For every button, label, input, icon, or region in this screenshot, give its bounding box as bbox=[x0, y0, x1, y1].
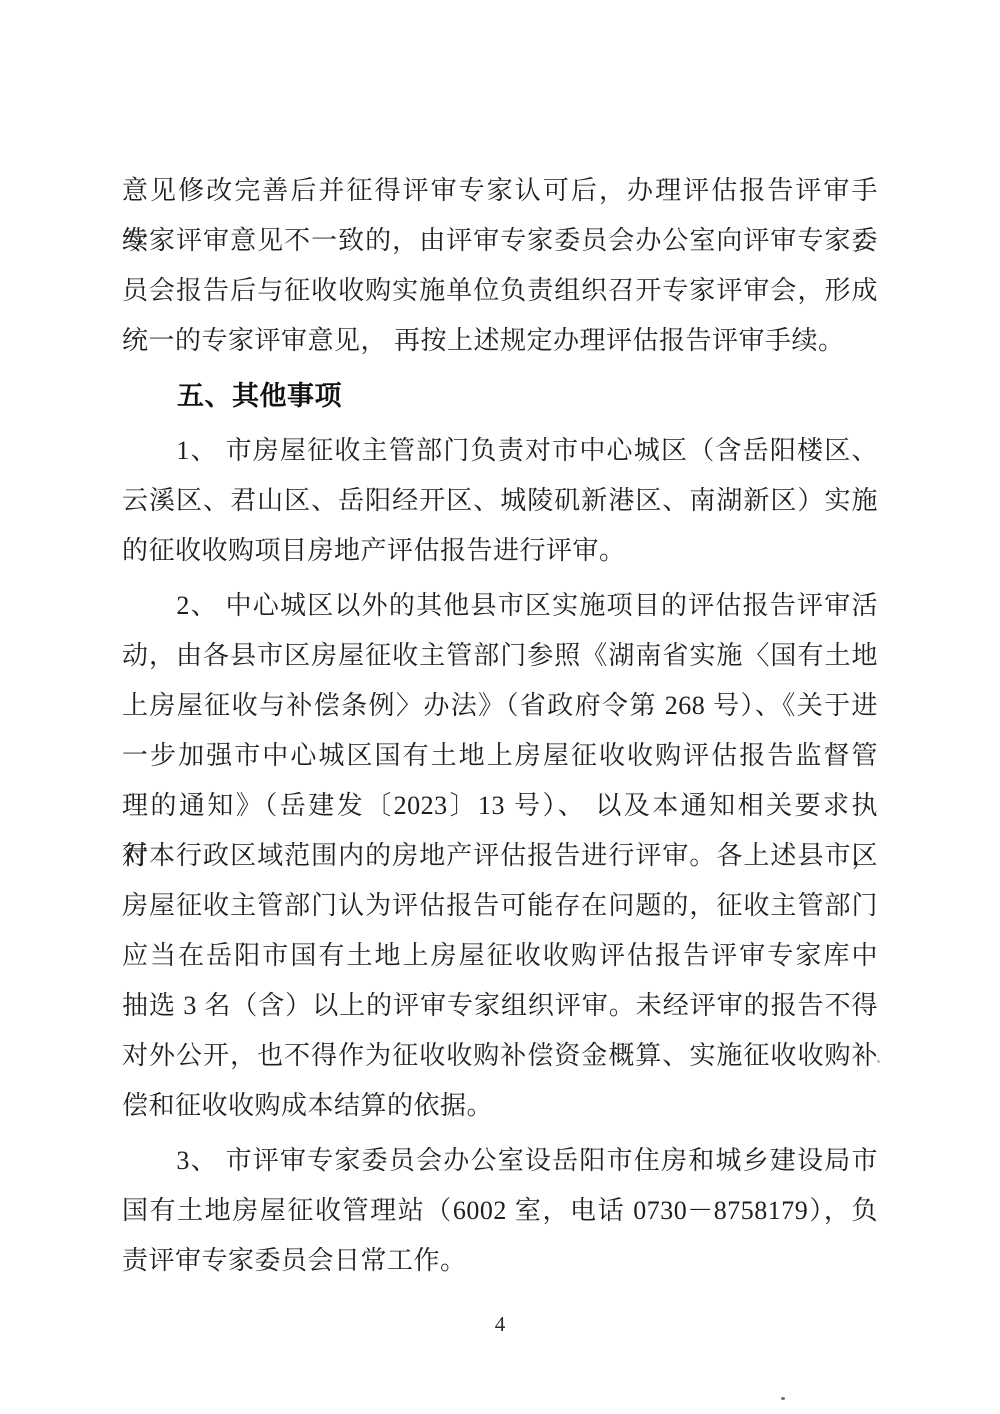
text-line: 应当在岳阳市国有土地上房屋征收收购评估报告评审专家库中 bbox=[122, 931, 878, 981]
paragraph: 2、 中心城区以外的其他县市区实施项目的评估报告评审活动，由各县市区房屋征收主管… bbox=[122, 581, 878, 1131]
page-number: 4 bbox=[0, 1312, 1000, 1337]
text-line: 员会报告后与征收收购实施单位负责组织召开专家评审会，形成 bbox=[122, 266, 878, 316]
section-heading: 五、其他事项 bbox=[122, 371, 878, 421]
paragraph: 1、 市房屋征收主管部门负责对市中心城区（含岳阳楼区、云溪区、君山区、岳阳经开区… bbox=[122, 426, 878, 576]
text-line: 房屋征收主管部门认为评估报告可能存在问题的，征收主管部门 bbox=[122, 881, 878, 931]
paragraph: 3、 市评审专家委员会办公室设岳阳市住房和城乡建设局市国有土地房屋征收管理站（6… bbox=[122, 1136, 878, 1286]
text-line: 对本行政区域范围内的房地产评估报告进行评审。各上述县市区 bbox=[122, 831, 878, 881]
text-line: 云溪区、君山区、岳阳经开区、城陵矶新港区、南湖新区）实施 bbox=[122, 476, 878, 526]
text-line: 抽选 3 名（含）以上的评审专家组织评审。未经评审的报告不得 bbox=[122, 981, 878, 1031]
text-line: 专家评审意见不一致的，由评审专家委员会办公室向评审专家委 bbox=[122, 216, 878, 266]
text-line: 理的通知》（岳建发〔2023〕13 号）、 以及本通知相关要求执行， bbox=[122, 781, 878, 831]
text-line: 上房屋征收与补偿条例〉办法》（省政府令第 268 号）、《关于进 bbox=[122, 681, 878, 731]
text-line: 对外公开，也不得作为征收收购补偿资金概算、实施征收收购补 bbox=[122, 1031, 878, 1081]
document-page: 意见修改完善后并征得评审专家认可后，办理评估报告评审手续；专家评审意见不一致的，… bbox=[0, 0, 1000, 1414]
text-line: 国有土地房屋征收管理站（6002 室，电话 0730－8758179），负 bbox=[122, 1186, 878, 1236]
text-line: 一步加强市中心城区国有土地上房屋征收收购评估报告监督管 bbox=[122, 731, 878, 781]
text-line: 的征收收购项目房地产评估报告进行评审。 bbox=[122, 526, 878, 576]
text-line: 偿和征收收购成本结算的依据。 bbox=[122, 1081, 878, 1131]
paragraph: 意见修改完善后并征得评审专家认可后，办理评估报告评审手续；专家评审意见不一致的，… bbox=[122, 166, 878, 366]
text-line: 动，由各县市区房屋征收主管部门参照《湖南省实施〈国有土地 bbox=[122, 631, 878, 681]
text-line: 3、 市评审专家委员会办公室设岳阳市住房和城乡建设局市 bbox=[122, 1136, 878, 1186]
text-line: 意见修改完善后并征得评审专家认可后，办理评估报告评审手续； bbox=[122, 166, 878, 216]
text-line: 统一的专家评审意见， 再按上述规定办理评估报告评审手续。 bbox=[122, 316, 878, 366]
scan-speck bbox=[781, 1397, 785, 1400]
text-line: 1、 市房屋征收主管部门负责对市中心城区（含岳阳楼区、 bbox=[122, 426, 878, 476]
text-line: 责评审专家委员会日常工作。 bbox=[122, 1236, 878, 1286]
text-line: 2、 中心城区以外的其他县市区实施项目的评估报告评审活 bbox=[122, 581, 878, 631]
document-body: 意见修改完善后并征得评审专家认可后，办理评估报告评审手续；专家评审意见不一致的，… bbox=[122, 166, 878, 1286]
text-line: 五、其他事项 bbox=[122, 371, 878, 421]
scan-speck bbox=[877, 1060, 880, 1063]
